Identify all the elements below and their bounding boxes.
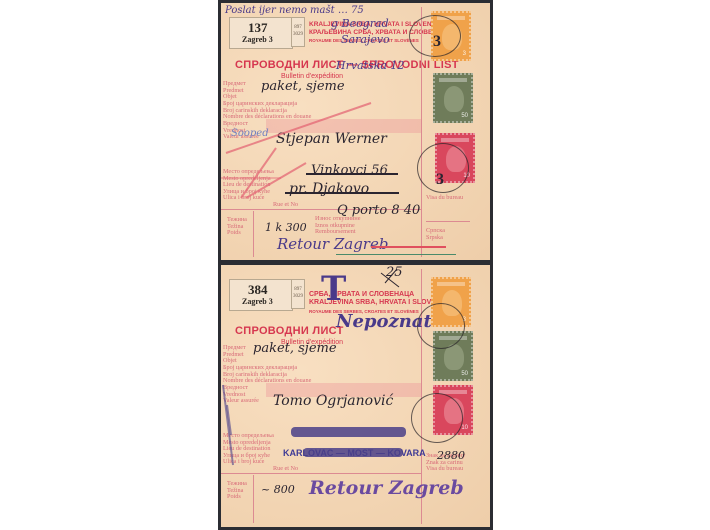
blue-stamp-mark: Sooped	[231, 128, 269, 139]
postmark-number: 3	[433, 33, 441, 51]
parcel-card-bottom: 384 Zagreb 3 897 3029 СРБА, ХРВАТА И СЛО…	[221, 265, 490, 527]
parcel-card-top: 137 Zagreb 3 897 3029 KRALJEVINA SRBA, H…	[221, 3, 490, 260]
stamp-green: 50	[433, 73, 473, 123]
postmark-circle	[411, 393, 463, 443]
postmark-circle	[417, 303, 465, 349]
postmark-number: 3	[436, 171, 444, 189]
